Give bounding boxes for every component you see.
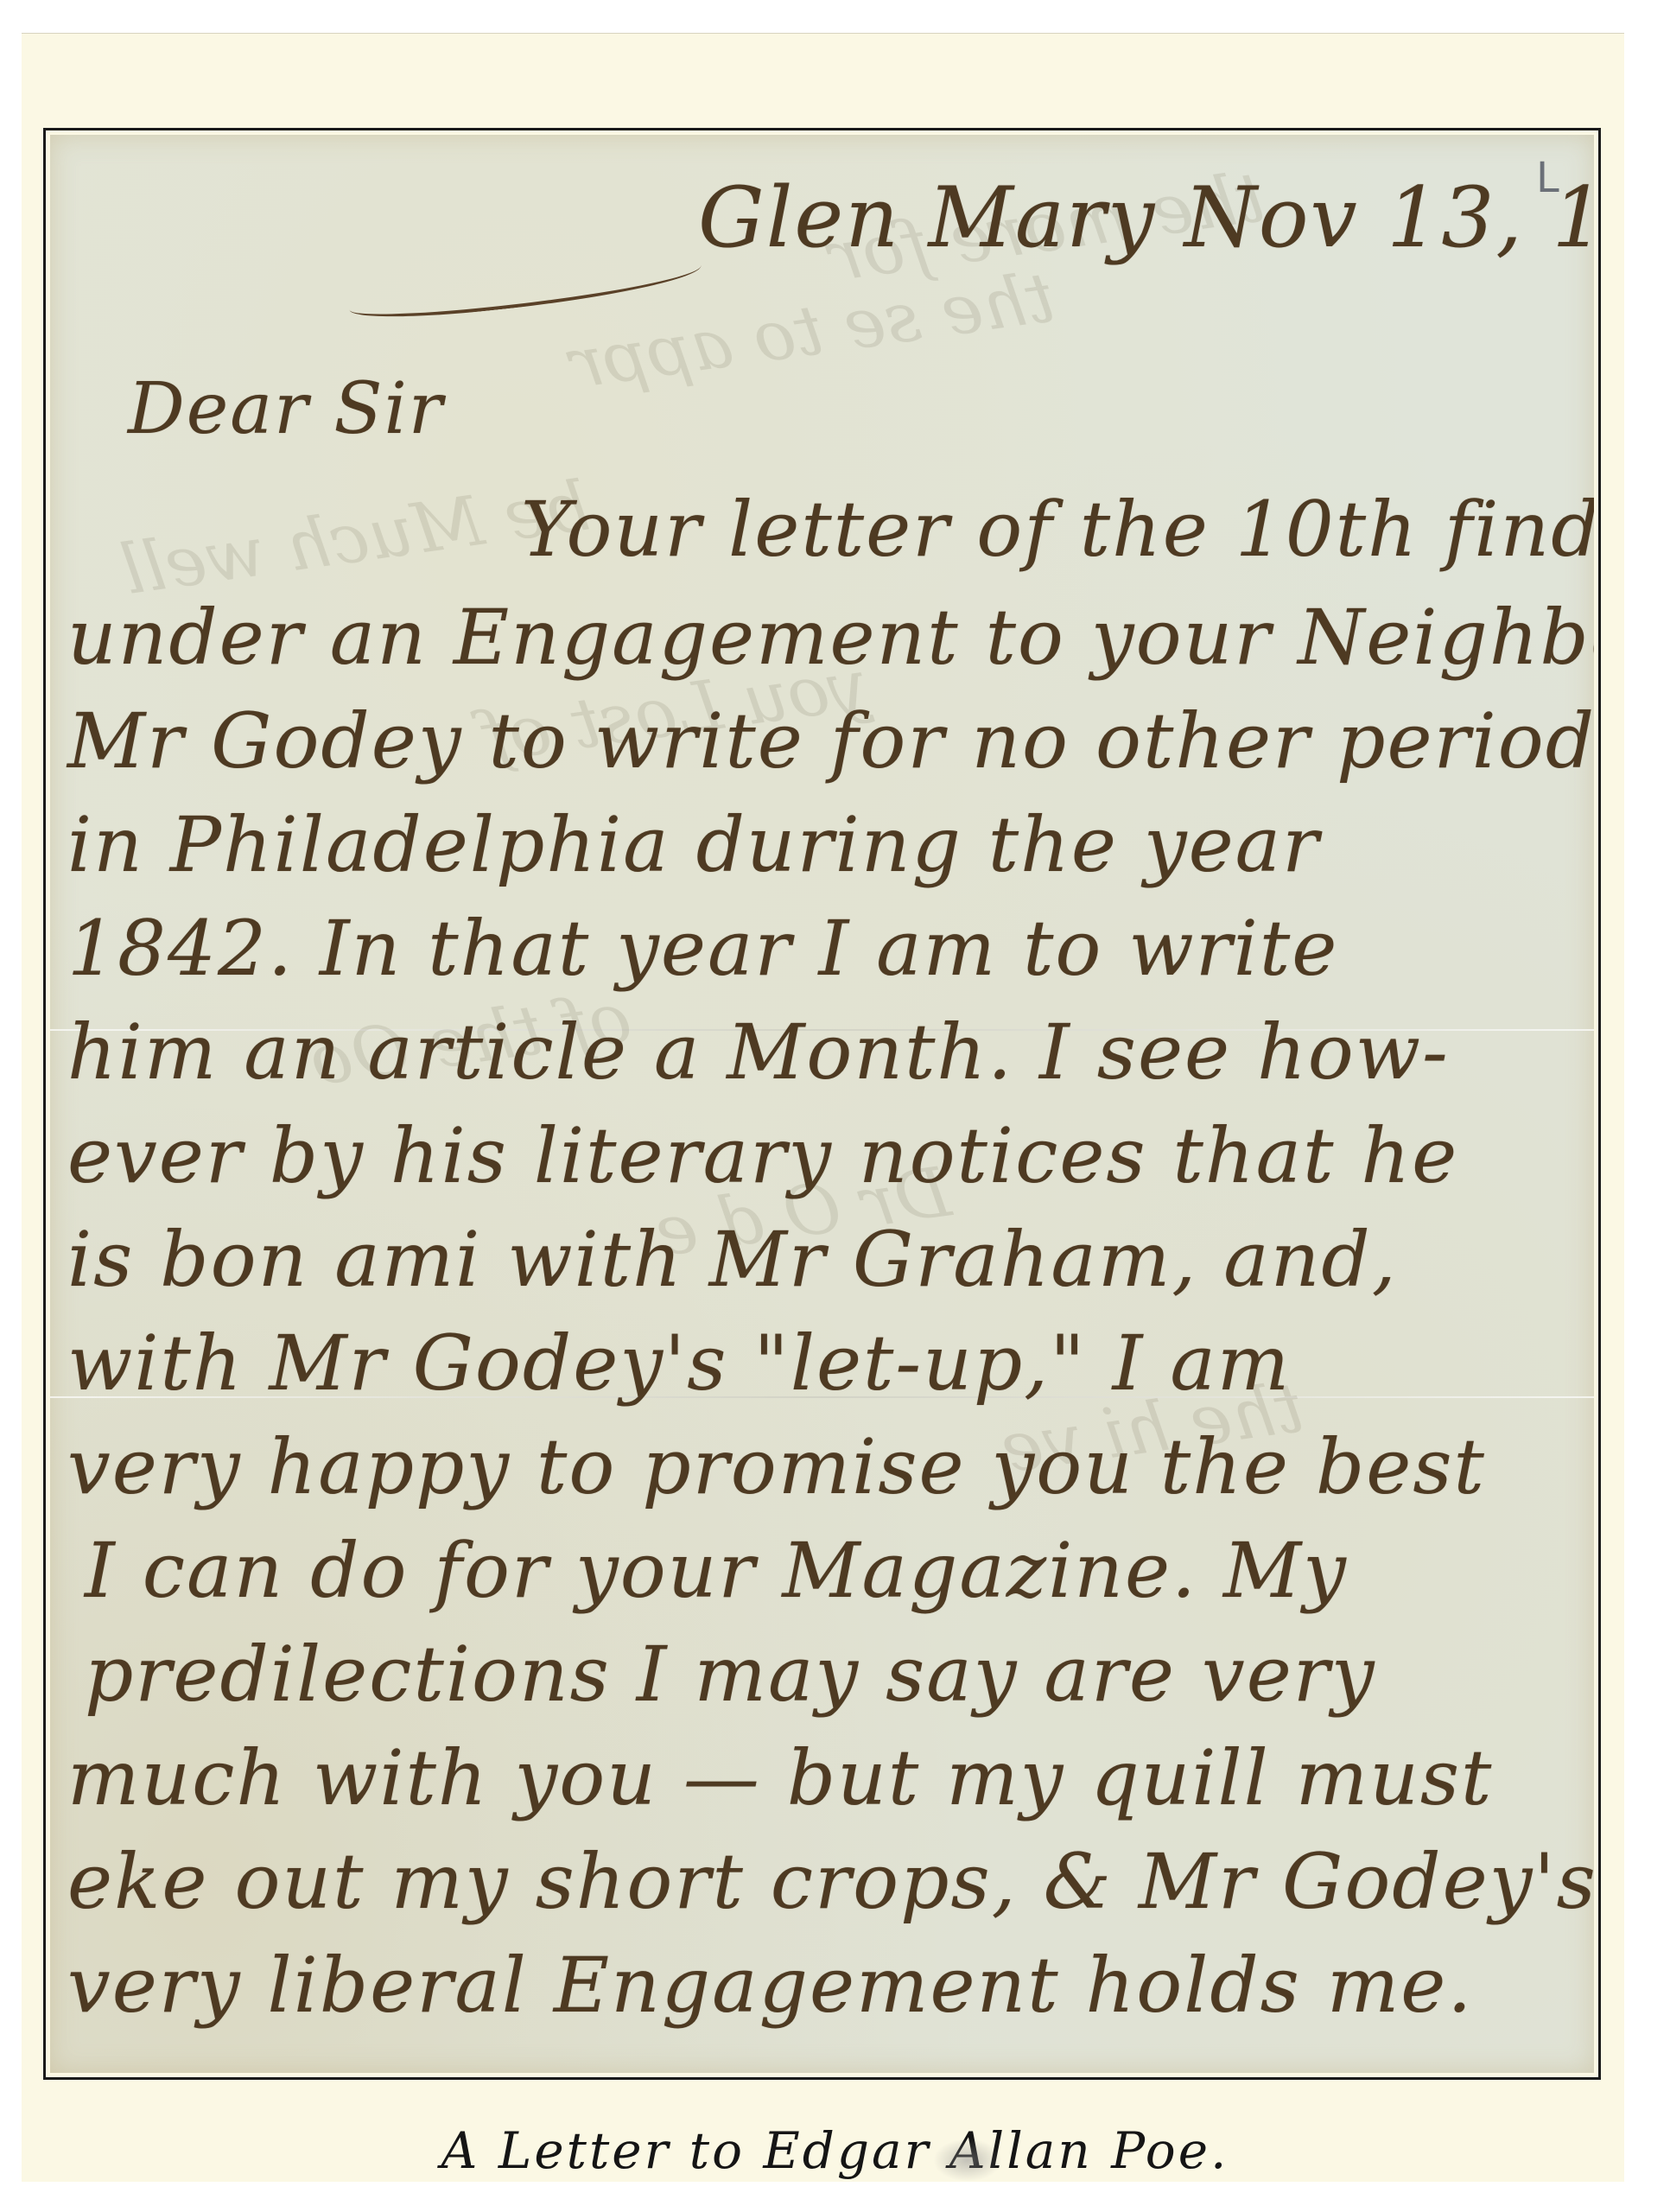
letter-line: in Philadelphia during the year: [67, 800, 1320, 889]
ink-smudge: [933, 2139, 1002, 2182]
letter-line: ever by his literary notices that he: [67, 1111, 1458, 1200]
letter-line: is bon ami with Mr Graham, and,: [67, 1215, 1398, 1304]
letter-line: I can do for your Magazine. My: [85, 1526, 1348, 1615]
letter-line: with Mr Godey's "let-up," I am: [67, 1319, 1291, 1408]
letter-line: much with you — but my quill must: [67, 1733, 1493, 1822]
dateline: Glen Mary Nov 13, 1841.: [698, 169, 1670, 266]
letter-line: very liberal Engagement holds me.: [67, 1941, 1473, 2030]
salutation: Dear Sir: [128, 368, 444, 450]
letter-line: him an article a Month. I see how-: [67, 1007, 1450, 1096]
letter-sheet: the more for the se to appr be Much well…: [50, 135, 1594, 2073]
caption: A Letter to Edgar Allan Poe.: [0, 2121, 1670, 2180]
letter-line: Your letter of the 10th finds me: [521, 485, 1670, 574]
dateline-flourish: [347, 251, 703, 326]
letter-line: eke out my short crops, & Mr Godey's: [67, 1837, 1597, 1926]
letter-line: under an Engagement to your Neighbor: [67, 593, 1670, 682]
letter-line: 1842. In that year I am to write: [67, 904, 1338, 993]
letter-line: predilections I may say are very: [85, 1630, 1376, 1719]
letter-line: very happy to promise you the best: [67, 1422, 1486, 1511]
letter-line: Mr Godey to write for no other periodica…: [67, 696, 1670, 785]
